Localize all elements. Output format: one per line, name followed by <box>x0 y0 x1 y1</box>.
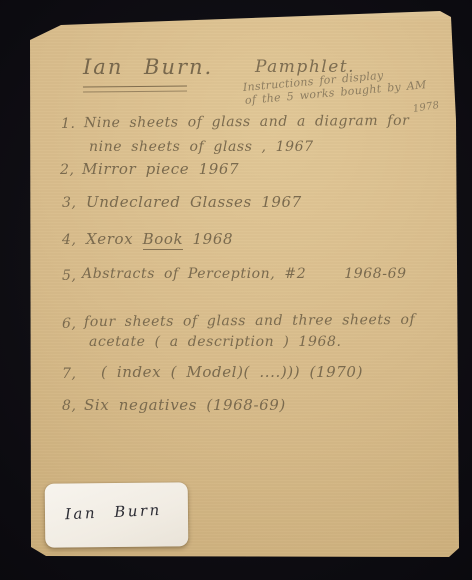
label-signature: Ian Burn <box>65 501 163 523</box>
work-4-text: Xerox Book 1968 <box>86 230 233 248</box>
work-4-text-underlined: Book <box>143 230 184 250</box>
stretched-canvas: Ian Burn. Pamphlet. Instructions for dis… <box>0 0 472 580</box>
work-6-line2: acetate ( a description ) 1968. <box>89 334 342 350</box>
photo-background: Ian Burn. Pamphlet. Instructions for dis… <box>0 0 472 580</box>
work-8-text: Six negatives (1968-69) <box>84 396 286 414</box>
work-6-number: 6, <box>62 316 77 332</box>
work-4-text-pre: Xerox <box>86 230 143 248</box>
work-7-text: ( index ( Model)( ....))) (1970) <box>101 363 363 381</box>
work-8-number: 8, <box>62 398 77 414</box>
work-5-text: Abstracts of Perception, #21968-69 <box>82 266 407 282</box>
adhesive-label: Ian Burn <box>45 482 189 547</box>
work-6-line1: four sheets of glass and three sheets of <box>84 312 415 330</box>
work-3-text: Undeclared Glasses 1967 <box>86 193 302 211</box>
artist-name: Ian Burn. <box>83 55 213 79</box>
work-5-number: 5, <box>62 268 77 284</box>
artist-name-underline <box>83 85 187 92</box>
work-1-line1: Nine sheets of glass and a diagram for <box>84 113 409 131</box>
work-5-date: 1968-69 <box>344 266 406 282</box>
work-5-title: Abstracts of Perception, #2 <box>82 266 306 282</box>
work-2-number: 2, <box>60 162 75 178</box>
work-1-number: 1. <box>61 116 76 132</box>
work-4-number: 4, <box>62 232 77 248</box>
work-3-number: 3, <box>62 195 77 211</box>
work-1-line2: nine sheets of glass , 1967 <box>89 139 314 155</box>
pencil-annotation-year: 1978 <box>412 100 440 115</box>
work-7-number: 7, <box>62 366 77 382</box>
work-2-text: Mirror piece 1967 <box>82 160 239 178</box>
work-4-text-post: 1968 <box>183 230 233 248</box>
